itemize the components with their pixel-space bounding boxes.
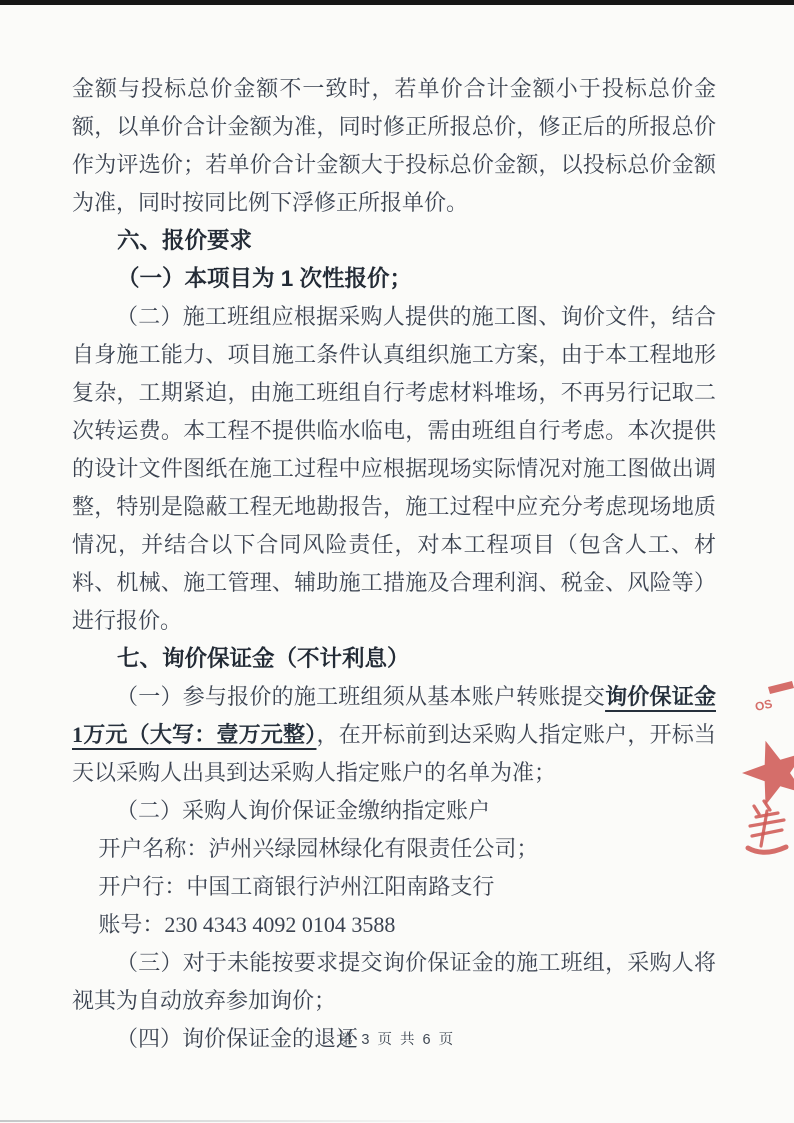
seal-serial-fragment: OS (754, 697, 774, 714)
section-7-heading: 七、询价保证金（不计利息） (72, 640, 716, 678)
seal-rim-wedge-icon (768, 681, 794, 694)
section-6-item-2: （二）施工班组应根据采购人提供的施工图、询价文件，结合自身施工能力、项目施工条件… (72, 298, 716, 640)
page-number-footer: 第 3 页 共 6 页 (0, 1028, 794, 1049)
deposit-clause-prefix: （一）参与报价的施工班组须从基本账户转账提交 (116, 684, 605, 709)
continuation-paragraph: 金额与投标总价金额不一致时，若单价合计金额小于投标总价金额，以单价合计金额为准，… (72, 70, 716, 222)
section-7-item-1: （一）参与报价的施工班组须从基本账户转账提交询价保证金 1万元（大写：壹万元整）… (72, 678, 716, 792)
bank-account-name-line: 开户名称：泸州兴绿园林绿化有限责任公司； (72, 830, 716, 868)
scanner-bottom-smudge (0, 1120, 480, 1122)
scanner-edge-band (0, 0, 794, 5)
section-7-item-3: （三）对于未能按要求提交询价保证金的施工班组，采购人将视其为自动放弃参加询价； (72, 944, 716, 1020)
bank-account-number-line: 账号：230 4343 4092 0104 3588 (72, 906, 716, 944)
bank-branch-line: 开户行：中国工商银行泸州江阳南路支行 (72, 868, 716, 906)
section-6-item-1: （一）本项目为 1 次性报价； (72, 260, 716, 298)
section-6-heading: 六、报价要求 (72, 222, 716, 260)
official-seal-fragment-icon: OS (740, 678, 794, 858)
section-7-item-2: （二）采购人询价保证金缴纳指定账户 (72, 792, 716, 830)
document-page-body: 金额与投标总价金额不一致时，若单价合计金额小于投标总价金额，以单价合计金额为准，… (72, 70, 716, 1058)
seal-character-fragment-icon (748, 801, 786, 852)
seal-star-icon (742, 741, 794, 806)
